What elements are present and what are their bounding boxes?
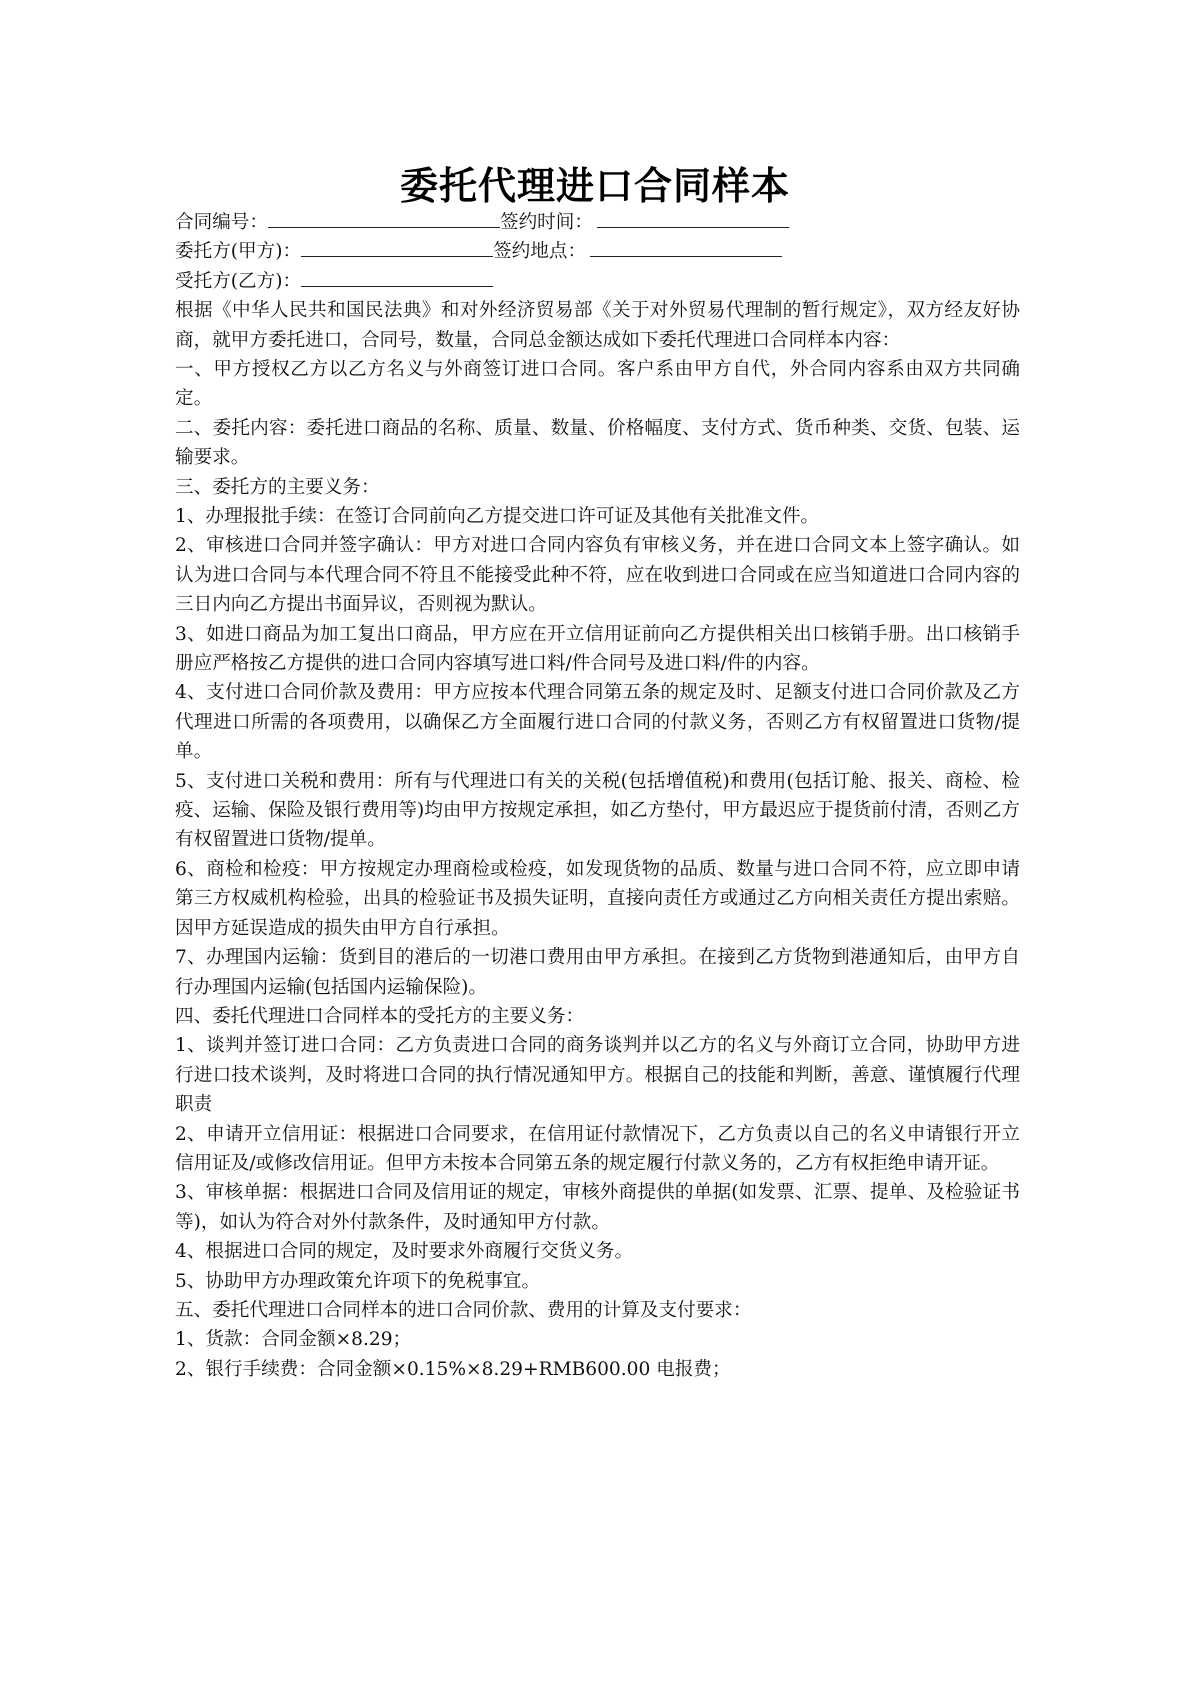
sign-time-label: 签约时间： [500,212,593,233]
paragraph-3-7: 7、办理国内运输：货到目的港后的一切港口费用由甲方承担。在接到乙方货物到港通知后… [175,943,1020,1002]
paragraph-5-1: 1、货款：合同金额×8.29； [175,1325,1020,1354]
paragraph-3-1: 1、办理报批手续：在签订合同前向乙方提交进口许可证及其他有关批准文件。 [175,502,1020,531]
paragraph-clause-2: 二、委托内容：委托进口商品的名称、质量、数量、价格幅度、支付方式、货币种类、交货… [175,414,1020,473]
paragraph-4-5: 5、协助甲方办理政策允许项下的免税事宜。 [175,1267,1020,1296]
header-row-agent: 受托方(乙方)： [175,267,1020,296]
section-heading-4: 四、委托代理进口合同样本的受托方的主要义务： [175,1002,1020,1031]
paragraph-clause-1: 一、甲方授权乙方以乙方名义与外商签订进口合同。客户系由甲方自代，外合同内容系由双… [175,355,1020,414]
paragraph-4-2: 2、申请开立信用证：根据进口合同要求，在信用证付款情况下，乙方负责以自己的名义申… [175,1120,1020,1179]
agent-label: 受托方(乙方)： [175,271,301,292]
paragraph-4-1: 1、谈判并签订进口合同：乙方负责进口合同的商务谈判并以乙方的名义与外商订立合同，… [175,1031,1020,1119]
document-body: 合同编号：签约时间： 委托方(甲方)：签约地点： 受托方(乙方)： 根据《中华人… [175,208,1020,1384]
paragraph-4-4: 4、根据进口合同的规定，及时要求外商履行交货义务。 [175,1237,1020,1266]
sign-place-label: 签约地点： [493,241,586,262]
sign-place-blank[interactable] [590,238,782,257]
document-page: 委托代理进口合同样本 合同编号：签约时间： 委托方(甲方)：签约地点： 受托方(… [0,0,1190,1683]
contract-no-label: 合同编号： [175,212,268,233]
paragraph-3-2: 2、审核进口合同并签字确认：甲方对进口合同内容负有审核义务，并在进口合同文本上签… [175,531,1020,619]
section-heading-5: 五、委托代理进口合同样本的进口合同价款、费用的计算及支付要求： [175,1296,1020,1325]
sign-time-blank[interactable] [597,209,789,228]
paragraph-3-3: 3、如进口商品为加工复出口商品，甲方应在开立信用证前向乙方提供相关出口核销手册。… [175,620,1020,679]
section-heading-3: 三、委托方的主要义务： [175,473,1020,502]
paragraph-preamble: 根据《中华人民共和国民法典》和对外经济贸易部《关于对外贸易代理制的暂行规定》，双… [175,296,1020,355]
principal-label: 委托方(甲方)： [175,241,301,262]
agent-blank[interactable] [301,268,493,287]
paragraph-3-5: 5、支付进口关税和费用：所有与代理进口有关的关税(包括增值税)和费用(包括订舱、… [175,767,1020,855]
paragraph-4-3: 3、审核单据：根据进口合同及信用证的规定，审核外商提供的单据(如发票、汇票、提单… [175,1178,1020,1237]
paragraph-3-4: 4、支付进口合同价款及费用：甲方应按本代理合同第五条的规定及时、足额支付进口合同… [175,678,1020,766]
document-title: 委托代理进口合同样本 [0,163,1190,209]
contract-no-blank[interactable] [268,209,500,228]
principal-blank[interactable] [301,238,493,257]
paragraph-5-2: 2、银行手续费：合同金额×0.15%×8.29+RMB600.00 电报费； [175,1355,1020,1384]
header-row-principal: 委托方(甲方)：签约地点： [175,237,1020,266]
paragraph-3-6: 6、商检和检疫：甲方按规定办理商检或检疫，如发现货物的品质、数量与进口合同不符，… [175,855,1020,943]
header-row-contract: 合同编号：签约时间： [175,208,1020,237]
